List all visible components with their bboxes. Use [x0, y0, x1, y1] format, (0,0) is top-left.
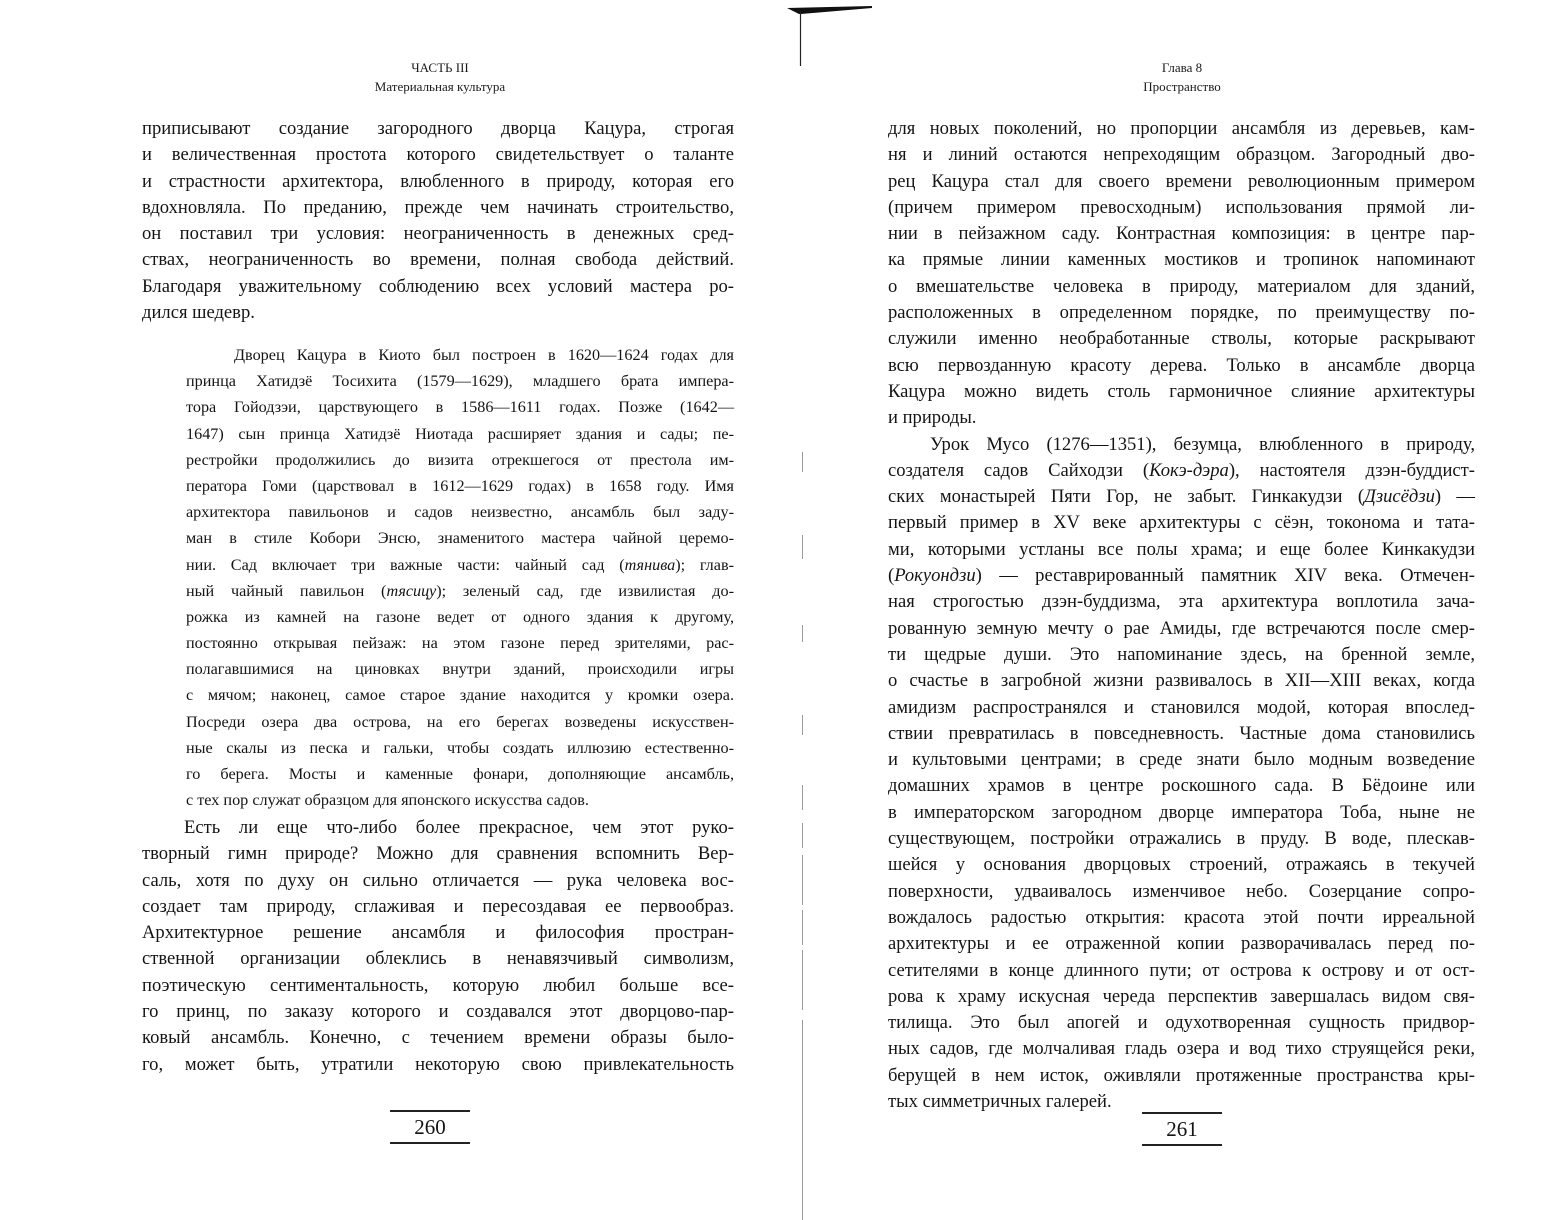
note-line: ман в стиле Кобори Энсю, знаменитого мас… [186, 525, 734, 551]
text-line: сетителями в конце длинного пути; от ост… [888, 958, 1475, 984]
note-line: архитектора павильонов и садов неизвестн… [186, 499, 734, 525]
right-page: Глава 8 Пространство для новых поколений… [784, 0, 1568, 1220]
paragraph-continued: приписывают создание загородного дворца … [142, 116, 734, 326]
text-line: Архитектурное решение ансамбля и философ… [142, 920, 734, 946]
text-line: первый пример в XV веке архитектуры с сё… [888, 510, 1475, 536]
text-line: саль, хотя по духу он сильно отличается … [142, 868, 734, 894]
part-title: Материальная культура [130, 77, 750, 96]
text-line: в императорском загородном дворце импера… [888, 800, 1475, 826]
running-head-right: Глава 8 Пространство [884, 58, 1480, 96]
chapter-label: Глава 8 [884, 58, 1480, 77]
note-line: нии. Сад включает три важные части: чайн… [186, 552, 734, 578]
text-line: для новых поколений, но пропорции ансамб… [888, 116, 1475, 142]
text-line: всю первозданную красоту дерева. Только … [888, 353, 1475, 379]
note-line: ные скалы из песка и гальки, чтобы созда… [186, 735, 734, 761]
note-text: ); глав- [675, 556, 734, 574]
text-line: го, может быть, утратили некоторую свою … [142, 1052, 734, 1078]
japanese-term: Дзисёдзи [1364, 486, 1435, 507]
text: ) — [1435, 486, 1475, 507]
text-line: ти щедрые души. Это напоминание здесь, н… [888, 642, 1475, 668]
note-text: ный чайный павильон ( [186, 582, 386, 600]
text-line: тилища. Это был апогей и одухотворенная … [888, 1010, 1475, 1036]
note-line: тора Гойодзэи, царствующего в 1586—1611 … [186, 394, 734, 420]
text-line: вдохновляла. По преданию, прежде чем нач… [142, 195, 734, 221]
text-line: и страстности архитектора, влюбленного в… [142, 169, 734, 195]
text-line: амидизм распространялся и становился мод… [888, 695, 1475, 721]
note-line: Посреди озера два острова, на его берега… [186, 709, 734, 735]
text-line: ка прямые линии каменных мостиков и троп… [888, 247, 1475, 273]
note-line: рожка из камней на газоне ведет от одног… [186, 604, 734, 630]
text-line: о вмешательстве человека в природу, мате… [888, 274, 1475, 300]
text-line: существующем, постройки отражались в пру… [888, 826, 1475, 852]
text: ских монастырей Пяти Гор, не забыт. Гинк… [888, 486, 1364, 507]
text-line: Кацура можно видеть столь гармоничное сл… [888, 379, 1475, 405]
text-line: Есть ли еще что-либо более прекрасное, ч… [142, 815, 734, 841]
japanese-term: тясицу [386, 582, 436, 600]
text-line: берущей в нем исток, оживляли протяженны… [888, 1063, 1475, 1089]
note-line: постоянно открывая пейзаж: на этом газон… [186, 630, 734, 656]
text-line: расположенных в определенном порядке, по… [888, 300, 1475, 326]
japanese-term: Кокэ-дэра [1149, 460, 1229, 481]
text-line: и культовыми центрами; в среде знати был… [888, 747, 1475, 773]
text-line: ствии превратилась в повседневность. Час… [888, 721, 1475, 747]
text-line: поверхности, удваивалось изменчивое небо… [888, 879, 1475, 905]
text-line: и природы. [888, 405, 1475, 431]
paragraph: Есть ли еще что-либо более прекрасное, ч… [142, 815, 734, 1078]
note-text: нии. Сад включает три важные части: чайн… [186, 556, 625, 574]
text-line: ственной организации облеклись в ненавяз… [142, 946, 734, 972]
note-line: 1647) сын принца Хатидзё Ниотада расширя… [186, 421, 734, 447]
text-line: ня и линий остаются непреходящим образцо… [888, 142, 1475, 168]
text-line: рова к храму искусная череда перспектив … [888, 984, 1475, 1010]
text-line: творный гимн природе? Можно для сравнени… [142, 841, 734, 867]
text-line: (причем примером превосходным) использов… [888, 195, 1475, 221]
note-line: с тех пор служат образцом для японского … [186, 787, 734, 813]
text-line: рец Кацура стал для своего времени револ… [888, 169, 1475, 195]
sidebar-note: Дворец Кацура в Киото был построен в 162… [186, 342, 734, 813]
chapter-title: Пространство [884, 77, 1480, 96]
note-line: ператора Гоми (царствовал в 1612—1629 го… [186, 473, 734, 499]
text-line: го принц, по заказу которого и создавалс… [142, 999, 734, 1025]
text-line: (Рокуондзи) — реставрированный памятник … [888, 563, 1475, 589]
text: ), настоятеля дзэн-буддист- [1229, 460, 1475, 481]
text-line: домашних храмов в центре роскошного сада… [888, 773, 1475, 799]
note-line: принца Хатидзё Тосихита (1579—1629), мла… [186, 368, 734, 394]
note-line: Дворец Кацура в Киото был построен в 162… [186, 342, 734, 368]
text-line: вождалось радостью открытия: красота это… [888, 905, 1475, 931]
text-line: рованную земную мечту о рае Амиды, где в… [888, 616, 1475, 642]
text-line: и величественная простота которого свиде… [142, 142, 734, 168]
note-line: ный чайный павильон (тясицу); зеленый са… [186, 578, 734, 604]
running-head-left: ЧАСТЬ III Материальная культура [130, 58, 750, 96]
text: ) — реставрированный памятник XIV века. … [976, 565, 1475, 586]
text-line: нии в пейзажном саду. Контрастная композ… [888, 221, 1475, 247]
page-number: 260 [390, 1110, 470, 1144]
text-line: о счастье в загробной жизни развивалось … [888, 668, 1475, 694]
note-line: го берега. Мосты и каменные фонари, допо… [186, 761, 734, 787]
text-line: ствах, неограниченность во времени, полн… [142, 247, 734, 273]
text-line: дился шедевр. [142, 300, 734, 326]
left-page: ЧАСТЬ III Материальная культура приписыв… [0, 0, 784, 1220]
text-line: служили именно необработанные стволы, ко… [888, 326, 1475, 352]
japanese-term: Рокуондзи [894, 565, 975, 586]
note-line: полагавшимися на циновках внутри зданий,… [186, 656, 734, 682]
part-label: ЧАСТЬ III [130, 58, 750, 77]
text-line: Урок Мусо (1276—1351), безумца, влюбленн… [888, 432, 1475, 458]
text-line: ных садов, где молчаливая гладь озера и … [888, 1036, 1475, 1062]
text-line: приписывают создание загородного дворца … [142, 116, 734, 142]
text-line: ских монастырей Пяти Гор, не забыт. Гинк… [888, 484, 1475, 510]
text-line: создателя садов Сайходзи (Кокэ-дэра), на… [888, 458, 1475, 484]
text: создателя садов Сайходзи ( [888, 460, 1149, 481]
text-line: поэтическую сентиментальность, которую л… [142, 973, 734, 999]
body-text: для новых поколений, но пропорции ансамб… [888, 116, 1475, 1115]
note-line: рестройки продолжились до визита отрекше… [186, 447, 734, 473]
japanese-term: тянива [625, 556, 676, 574]
text-line: создает там природу, сглаживая и пересоз… [142, 894, 734, 920]
text-line: Благодаря уважительному соблюдению всех … [142, 274, 734, 300]
text-line: он поставил три условия: неограниченност… [142, 221, 734, 247]
note-line: с мячом; наконец, самое старое здание на… [186, 682, 734, 708]
note-text: ); зеленый сад, где извилистая до- [436, 582, 734, 600]
text-line: архитектуры и ее отраженной копии развор… [888, 931, 1475, 957]
text-line: шейся у основания дворцовых строений, от… [888, 852, 1475, 878]
page-number: 261 [1142, 1112, 1222, 1146]
text-line: ми, которыми устланы все полы храма; и е… [888, 537, 1475, 563]
text-line: ковый ансамбль. Конечно, с течением врем… [142, 1025, 734, 1051]
text-line: ная строгостью дзэн-буддизма, эта архите… [888, 589, 1475, 615]
